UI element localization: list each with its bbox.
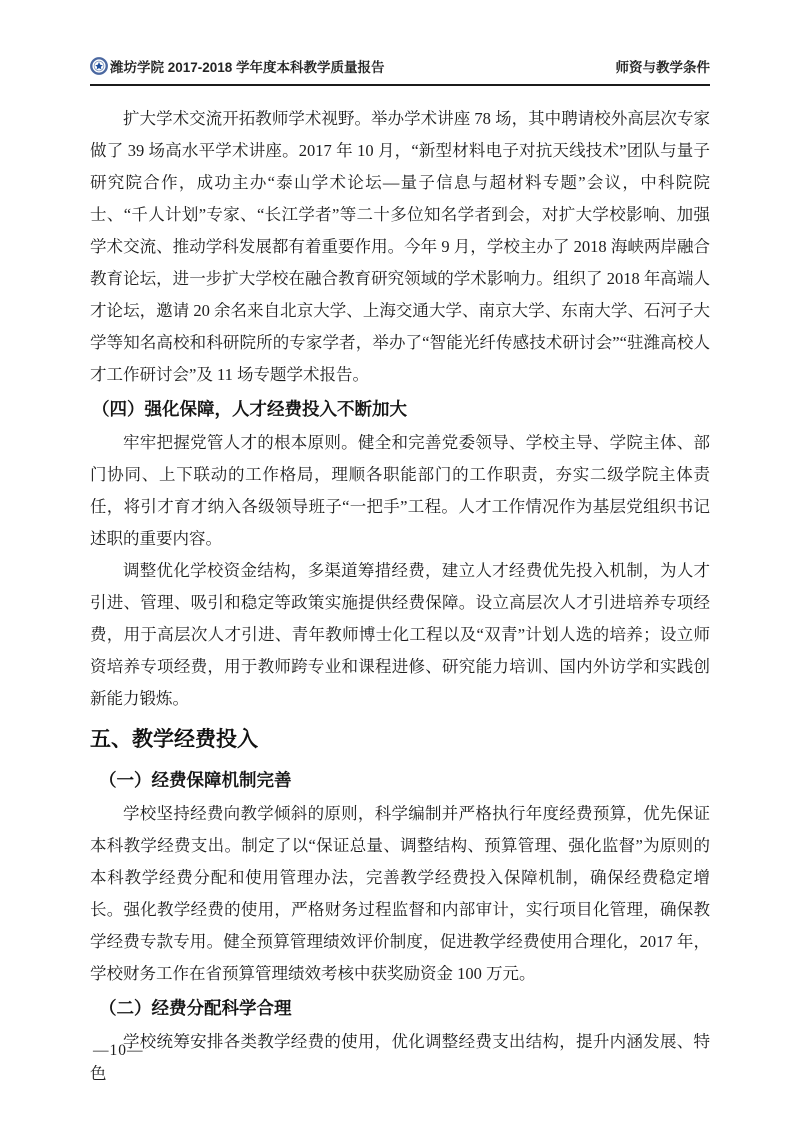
- page-header: 潍坊学院 2017-2018 学年度本科教学质量报告 师资与教学条件: [90, 0, 710, 86]
- paragraph-fund-structure: 调整优化学校资金结构，多渠道筹措经费，建立人才经费优先投入机制，为人才引进、管理…: [90, 555, 710, 715]
- paragraph-party-talent-principle: 牢牢把握党管人才的根本原则。健全和完善党委领导、学校主导、学院主体、部门协同、上…: [90, 427, 710, 555]
- heading-section-4-strengthen-guarantee: （四）强化保障，人才经费投入不断加大: [90, 396, 710, 422]
- paragraph-fund-allocation: 学校统筹安排各类教学经费的使用，优化调整经费支出结构，提升内涵发展、特色: [90, 1026, 710, 1090]
- page-number: —10—: [93, 1042, 144, 1060]
- paragraph-academic-exchange: 扩大学术交流开拓教师学术视野。举办学术讲座 78 场，其中聘请校外高层次专家做了…: [90, 103, 710, 391]
- heading-subsection-1-fund-guarantee: （一）经费保障机制完善: [90, 767, 710, 793]
- header-report-title: 潍坊学院 2017-2018 学年度本科教学质量报告: [110, 56, 385, 76]
- header-left: 潍坊学院 2017-2018 学年度本科教学质量报告: [90, 56, 385, 76]
- heading-chapter-5-teaching-funds: 五、教学经费投入: [90, 725, 710, 755]
- document-page: 潍坊学院 2017-2018 学年度本科教学质量报告 师资与教学条件 扩大学术交…: [0, 0, 800, 1131]
- header-section-title: 师资与教学条件: [616, 56, 711, 76]
- university-logo-icon: [90, 57, 108, 75]
- heading-subsection-2-fund-allocation: （二）经费分配科学合理: [90, 995, 710, 1021]
- document-content: 扩大学术交流开拓教师学术视野。举办学术讲座 78 场，其中聘请校外高层次专家做了…: [90, 103, 710, 1090]
- paragraph-budget-principle: 学校坚持经费向教学倾斜的原则，科学编制并严格执行年度经费预算，优先保证本科教学经…: [90, 798, 710, 990]
